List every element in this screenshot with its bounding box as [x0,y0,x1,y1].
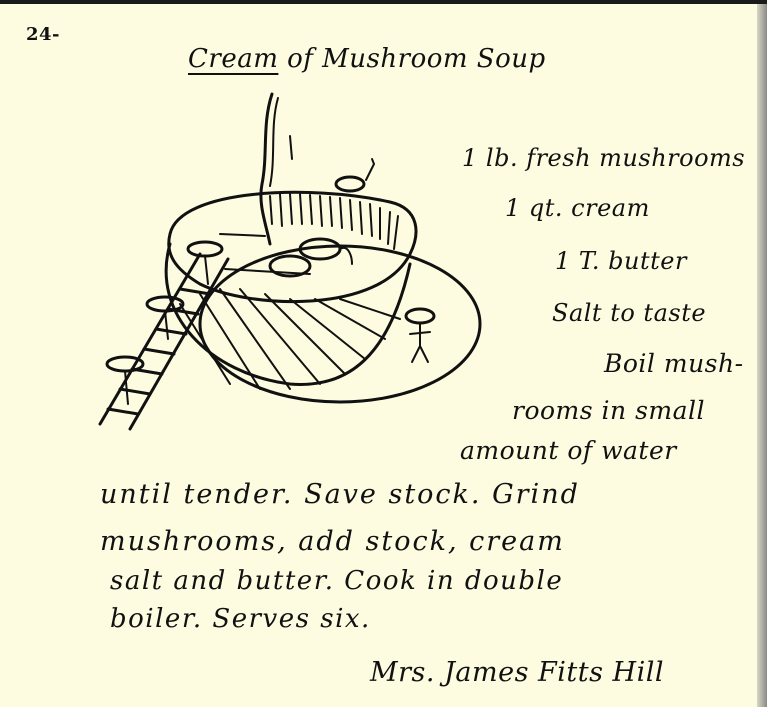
recipe-page: 24- Cream of Mushroom Soup 1 lb. fresh m… [0,4,757,707]
soup-bowl-illustration-icon [90,84,490,434]
ingredient-item: 1 lb. fresh mushrooms [462,144,745,172]
ingredient-item: Salt to taste [552,299,706,327]
direction-line: salt and butter. Cook in double [110,566,563,596]
signature: Mrs. James Fitts Hill [370,657,664,688]
title-underlined-word: Cream [188,44,278,74]
ingredient-item: 1 qt. cream [505,194,650,222]
title-rest: of Mushroom Soup [278,44,545,74]
page-edge-shadow [757,4,767,707]
direction-line: Boil mush- [604,349,744,378]
ingredient-item: 1 T. butter [555,247,687,275]
direction-line: amount of water [460,436,677,465]
direction-line: until tender. Save stock. Grind [100,479,580,510]
recipe-title: Cream of Mushroom Soup [188,44,546,74]
direction-line: mushrooms, add stock, cream [100,526,565,557]
direction-line: boiler. Serves six. [110,604,371,634]
page-number: 24- [26,24,60,45]
direction-line: rooms in small [512,396,705,425]
